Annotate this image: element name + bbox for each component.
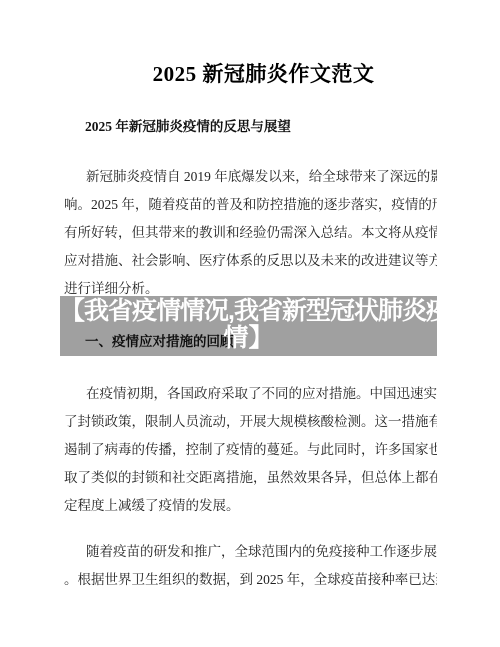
page-content: 2025 新冠肺炎作文范文 2025 年新冠肺炎疫情的反思与展望 新冠肺炎疫情自… — [0, 0, 500, 594]
text-line: 应对措施、社会影响、医疗体系的反思以及未来的改进建议等方面 — [64, 247, 437, 275]
text-line: 取了类似的封锁和社交距离措施，虽然效果各异，但总体上都在一 — [64, 464, 437, 492]
paragraph-vaccine: 随着疫苗的研发和推广，全球范围内的免疫接种工作逐步展开。根据世界卫生组织的数据，… — [64, 538, 437, 594]
text-line: 新冠肺炎疫情自 2019 年底爆发以来，给全球带来了深远的影 — [64, 163, 437, 191]
text-line: 遏制了病毒的传播，控制了疫情的蔓延。与此同时，许多国家也采 — [64, 436, 437, 464]
text-line: 有所好转，但其带来的教训和经验仍需深入总结。本文将从疫情的 — [64, 219, 437, 247]
text-line: 在疫情初期，各国政府采取了不同的应对措施。中国迅速实施 — [64, 380, 437, 408]
paragraph-intro: 新冠肺炎疫情自 2019 年底爆发以来，给全球带来了深远的影响。2025 年，随… — [64, 163, 437, 303]
text-line: 了封锁政策，限制人员流动，开展大规模核酸检测。这一措施有效 — [64, 408, 437, 436]
watermark-line: 情】 — [60, 325, 437, 351]
text-line: 响。2025 年，随着疫苗的普及和防控措施的逐步落实，疫情的形势 — [64, 191, 437, 219]
watermark-overlay: 一、疫情应对措施的回顾 【我省疫情情况,我省新型冠状肺炎疫 情】 — [60, 296, 437, 356]
page-title: 2025 新冠肺炎作文范文 — [64, 58, 437, 90]
text-line: 随着疫苗的研发和推广，全球范围内的免疫接种工作逐步展开 — [64, 538, 437, 566]
watermark-line: 【我省疫情情况,我省新型冠状肺炎疫 — [60, 297, 437, 325]
document-page: 2025 新冠肺炎作文范文 2025 年新冠肺炎疫情的反思与展望 新冠肺炎疫情自… — [0, 0, 500, 647]
paragraph-measures: 在疫情初期，各国政府采取了不同的应对措施。中国迅速实施了封锁政策，限制人员流动，… — [64, 380, 437, 520]
text-line: 。根据世界卫生组织的数据，到 2025 年，全球疫苗接种率已达到 — [64, 566, 437, 594]
text-line: 定程度上减缓了疫情的发展。 — [64, 492, 437, 520]
essay-subtitle: 2025 年新冠肺炎疫情的反思与展望 — [64, 118, 437, 135]
watermark-text: 【我省疫情情况,我省新型冠状肺炎疫 情】 — [60, 296, 437, 351]
